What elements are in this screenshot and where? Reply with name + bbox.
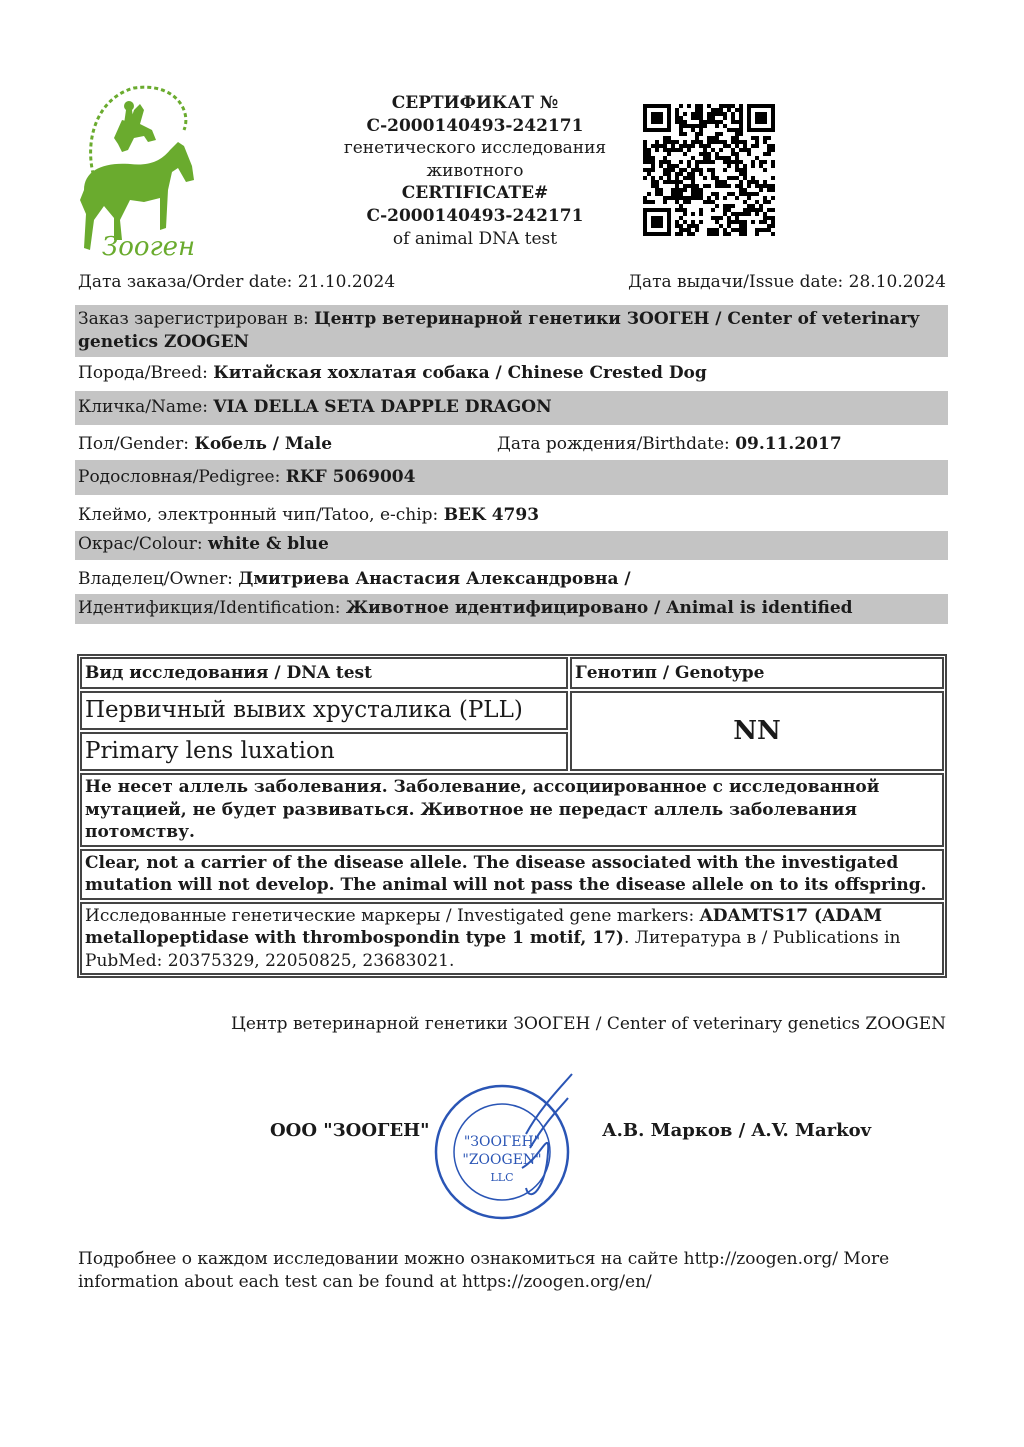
stamp-icon: "ЗООГЕН" "ZOOGEN" LLC [430, 1068, 594, 1224]
svg-text:Зооген: Зооген [102, 232, 195, 260]
result-description-en: Clear, not a carrier of the disease alle… [80, 849, 944, 900]
chip-field: Клеймо, электронный чип/Tatoo, e-chip: B… [75, 501, 948, 530]
qr-code-icon [643, 104, 775, 236]
header-genotype: Генотип / Genotype [570, 657, 944, 689]
name-field: Кличка/Name: VIA DELLA SETA DAPPLE DRAGO… [75, 391, 948, 425]
title-en: CERTIFICATE# [330, 182, 620, 205]
dna-test-table: Вид исследования / DNA test Генотип / Ge… [77, 654, 947, 978]
svg-text:"ЗООГЕН": "ЗООГЕН" [464, 1134, 540, 1150]
company-name: ООО "ЗООГЕН" [270, 1120, 430, 1141]
registered-at-field: Заказ зарегистрирован в: Центр ветеринар… [75, 305, 948, 357]
pedigree-field: Родословная/Pedigree: RKF 5069004 [75, 460, 948, 495]
title-ru: СЕРТИФИКАТ № [330, 92, 620, 115]
qr-code[interactable] [643, 104, 775, 236]
certificate-number-en: C-2000140493-242171 [330, 205, 620, 228]
owner-field: Владелец/Owner: Дмитриева Анастасия Алек… [75, 565, 948, 594]
certificate-number: C-2000140493-242171 [330, 115, 620, 138]
birthdate-field: Дата рождения/Birthdate: 09.11.2017 [497, 433, 842, 456]
colour-field: Окрас/Colour: white & blue [75, 531, 948, 560]
svg-text:LLC: LLC [490, 1171, 513, 1184]
signer-name: А.В. Марков / A.V. Markov [602, 1120, 871, 1141]
test-name-en: Primary lens luxation [80, 732, 568, 771]
test-name-ru: Первичный вывих хрусталика (PLL) [80, 691, 568, 730]
svg-text:"ZOOGEN": "ZOOGEN" [462, 1152, 541, 1168]
result-description-ru: Не несет аллель заболевания. Заболевание… [80, 773, 944, 847]
horse-logo-icon: Зооген [74, 80, 198, 260]
title-ru-sub1: генетического исследования [330, 137, 620, 160]
order-date: Дата заказа/Order date: 21.10.2024 [78, 272, 395, 292]
title-en-sub: of animal DNA test [330, 228, 620, 251]
gene-markers: Исследованные генетические маркеры / Inv… [80, 902, 944, 976]
gender-birthdate-field: Пол/Gender: Кобель / Male Дата рождения/… [75, 430, 948, 459]
genotype-result: NN [570, 691, 944, 771]
footer-info: Подробнее о каждом исследовании можно оз… [78, 1248, 908, 1294]
center-name-line: Центр ветеринарной генетики ЗООГЕН / Cen… [78, 1014, 946, 1034]
header-dna-test: Вид исследования / DNA test [80, 657, 568, 689]
breed-field: Порода/Breed: Китайская хохлатая собака … [75, 359, 948, 388]
title-ru-sub2: животного [330, 160, 620, 183]
dates-row: Дата заказа/Order date: 21.10.2024 Дата … [78, 272, 946, 292]
certificate-title: СЕРТИФИКАТ № C-2000140493-242171 генетич… [330, 92, 620, 250]
company-stamp: "ЗООГЕН" "ZOOGEN" LLC [430, 1068, 594, 1224]
issue-date: Дата выдачи/Issue date: 28.10.2024 [628, 272, 946, 292]
gender-field: Пол/Gender: Кобель / Male [78, 434, 332, 454]
identification-field: Идентификция/Identification: Животное ид… [75, 594, 948, 624]
zoogen-logo: Зооген [74, 80, 198, 260]
